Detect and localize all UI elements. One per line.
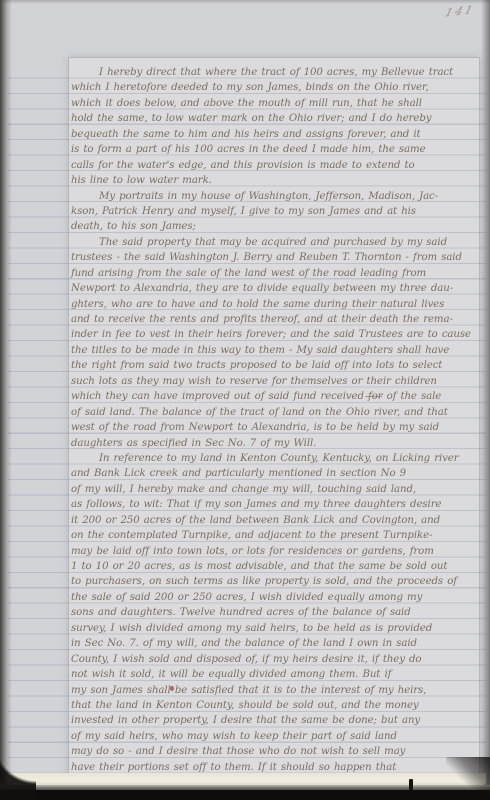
scan-background-strip <box>0 790 490 800</box>
handwriting-line: west of the road from Newport to Alexand… <box>71 420 475 435</box>
page-number: 141 <box>444 2 477 19</box>
handwriting-line: such lots as they may wish to reserve fo… <box>71 374 475 389</box>
handwriting-line: I hereby direct that where the tract of … <box>71 65 475 80</box>
handwriting-line: is to form a part of his 100 acres in th… <box>71 142 475 157</box>
handwriting-line: survey, I wish divided among my said hei… <box>71 621 475 636</box>
handwriting-line: which it does below, and above the mouth… <box>71 96 475 111</box>
handwriting-line: the right from said two tracts proposed … <box>71 358 475 373</box>
handwriting-line: which I heretofore deeded to my son Jame… <box>71 80 475 95</box>
handwriting-line: my son James shall be satisfied that it … <box>71 683 475 698</box>
handwriting-line: fund arising from the sale of the land w… <box>71 266 475 281</box>
page-edge-shadow-right <box>481 0 490 800</box>
handwriting-line: which they can have improved out of said… <box>71 389 475 404</box>
handwriting-line: County, I wish sold and disposed of, if … <box>71 652 475 667</box>
handwriting-line: daughters as specified in Sec No. 7 of m… <box>71 436 475 451</box>
ink-stain <box>170 686 174 691</box>
page-corner-shadow-right <box>446 757 490 793</box>
handwriting-line: invested in other property, I desire tha… <box>71 713 475 728</box>
handwriting-line: and Bank Lick creek and particularly men… <box>71 466 475 481</box>
handwriting-line: the sale of said 200 or 250 acres, I wis… <box>71 590 475 605</box>
binding-notch <box>409 779 413 790</box>
handwriting-line: trustees - the said Washington J. Berry … <box>71 250 475 265</box>
handwriting-line: it 200 or 250 acres of the land between … <box>71 513 475 528</box>
page-corner-shadow-left <box>0 740 36 800</box>
handwriting-line: inder in fee to vest in their heirs fore… <box>71 327 475 342</box>
handwriting-line: may do so - and I desire that those who … <box>71 744 475 759</box>
handwriting-line: that the land in Kenton County, should b… <box>71 698 475 713</box>
handwriting-line: ghters, who are to have and to hold the … <box>71 297 475 312</box>
handwriting-line: of said land. The balance of the tract o… <box>71 405 475 420</box>
handwriting-line: of my said heirs, who may wish to keep t… <box>71 729 475 744</box>
handwriting-line: bequeath the same to him and his heirs a… <box>71 127 475 142</box>
handwriting-line: sons and daughters. Twelve hundred acres… <box>71 605 475 620</box>
handwriting-line: In reference to my land in Kenton County… <box>71 451 475 466</box>
handwriting-line: may be laid off into town lots, or lots … <box>71 544 475 559</box>
handwriting-line: to purchasers, on such terms as like pro… <box>71 574 475 589</box>
book-binding-shadow-left <box>0 0 12 800</box>
handwriting-line: his line to low water mark. <box>71 173 475 188</box>
handwriting-line: death, to his son James; <box>71 219 475 234</box>
handwriting-line: Newport to Alexandria, they are to divid… <box>71 281 475 296</box>
handwriting-line: of my will, I hereby make and change my … <box>71 482 475 497</box>
handwriting-line: and to receive the rents and profits the… <box>71 312 475 327</box>
handwriting-line: not wish it sold, it will be equally div… <box>71 667 475 682</box>
page-edge-shadow-top <box>0 0 490 4</box>
handwriting-line: My portraits in my house of Washington, … <box>71 189 475 204</box>
handwriting-line: in Sec No. 7. of my will, and the balanc… <box>71 636 475 651</box>
handwriting-line: hold the same, to low water mark on the … <box>71 111 475 126</box>
handwritten-text-block: I hereby direct that where the tract of … <box>71 65 475 775</box>
handwriting-line: The said property that may be acquired a… <box>71 235 475 250</box>
scanned-will-page: 141 I hereby direct that where the tract… <box>0 0 490 800</box>
handwriting-line: as follows, to wit: That if my son James… <box>71 497 475 512</box>
handwriting-line: 1 to 10 or 20 acres, as is most advisabl… <box>71 559 475 574</box>
handwriting-line: on the contemplated Turnpike, and adjace… <box>71 528 475 543</box>
handwriting-line: kson, Patrick Henry and myself, I give t… <box>71 204 475 219</box>
handwriting-line: the titles to be made in this way to the… <box>71 343 475 358</box>
handwriting-line: calls for the water's edge, and this pro… <box>71 158 475 173</box>
